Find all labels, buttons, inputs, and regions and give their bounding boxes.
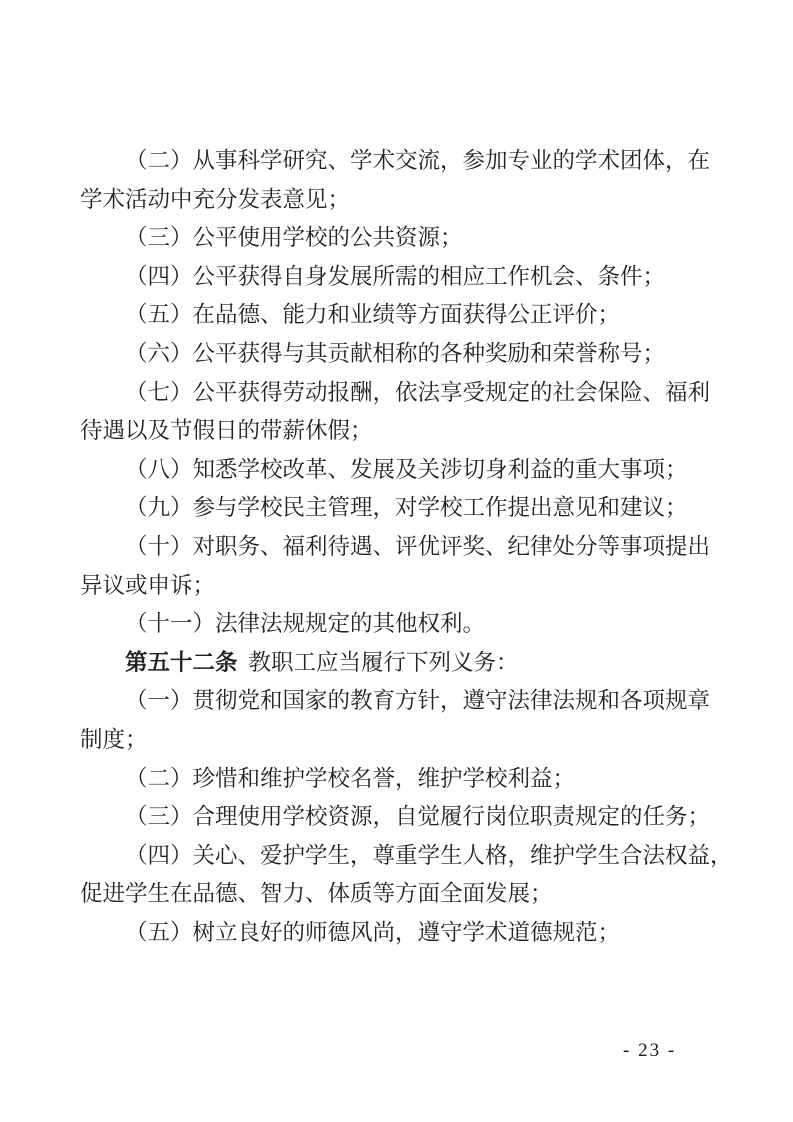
paragraph-item: （三）公平使用学校的公共资源；: [80, 219, 780, 258]
paragraph-item: （三）合理使用学校资源，自觉履行岗位职责规定的任务；: [80, 798, 780, 837]
article-text: 教职工应当履行下列义务：: [249, 650, 519, 675]
paragraph-item: （九）参与学校民主管理，对学校工作提出意见和建议；: [80, 489, 780, 528]
page-number: - 23 -: [623, 1040, 676, 1062]
paragraph-item: （十一）法律法规规定的其他权利。: [80, 605, 780, 644]
article-number: 第五十二条: [125, 650, 238, 675]
paragraph-item: （七）公平获得劳动报酬，依法享受规定的社会保险、福利 待遇以及节假日的带薪休假；: [80, 374, 780, 451]
document-body: （二）从事科学研究、学术交流，参加专业的学术团体，在 学术活动中充分发表意见；（…: [80, 142, 780, 952]
document-page: （二）从事科学研究、学术交流，参加专业的学术团体，在 学术活动中充分发表意见；（…: [0, 0, 793, 1122]
paragraph-item: （五）树立良好的师德风尚，遵守学术道德规范；: [80, 914, 780, 953]
paragraph-item: （四）关心、爱护学生，尊重学生人格，维护学生合法权益， 促进学生在品德、智力、体…: [80, 837, 780, 914]
paragraph-item: （二）从事科学研究、学术交流，参加专业的学术团体，在 学术活动中充分发表意见；: [80, 142, 780, 219]
paragraph-item: （二）珍惜和维护学校名誉，维护学校利益；: [80, 760, 780, 799]
paragraph-item: （八）知悉学校改革、发展及关涉切身利益的重大事项；: [80, 451, 780, 490]
paragraph-item: （六）公平获得与其贡献相称的各种奖励和荣誉称号；: [80, 335, 780, 374]
paragraph-item: （四）公平获得自身发展所需的相应工作机会、条件；: [80, 258, 780, 297]
article-heading: 第五十二条教职工应当履行下列义务：: [80, 644, 780, 683]
paragraph-item: （五）在品德、能力和业绩等方面获得公正评价；: [80, 296, 780, 335]
paragraph-item: （十）对职务、福利待遇、评优评奖、纪律处分等事项提出 异议或申诉；: [80, 528, 780, 605]
paragraph-item: （一）贯彻党和国家的教育方针，遵守法律法规和各项规章 制度；: [80, 682, 780, 759]
